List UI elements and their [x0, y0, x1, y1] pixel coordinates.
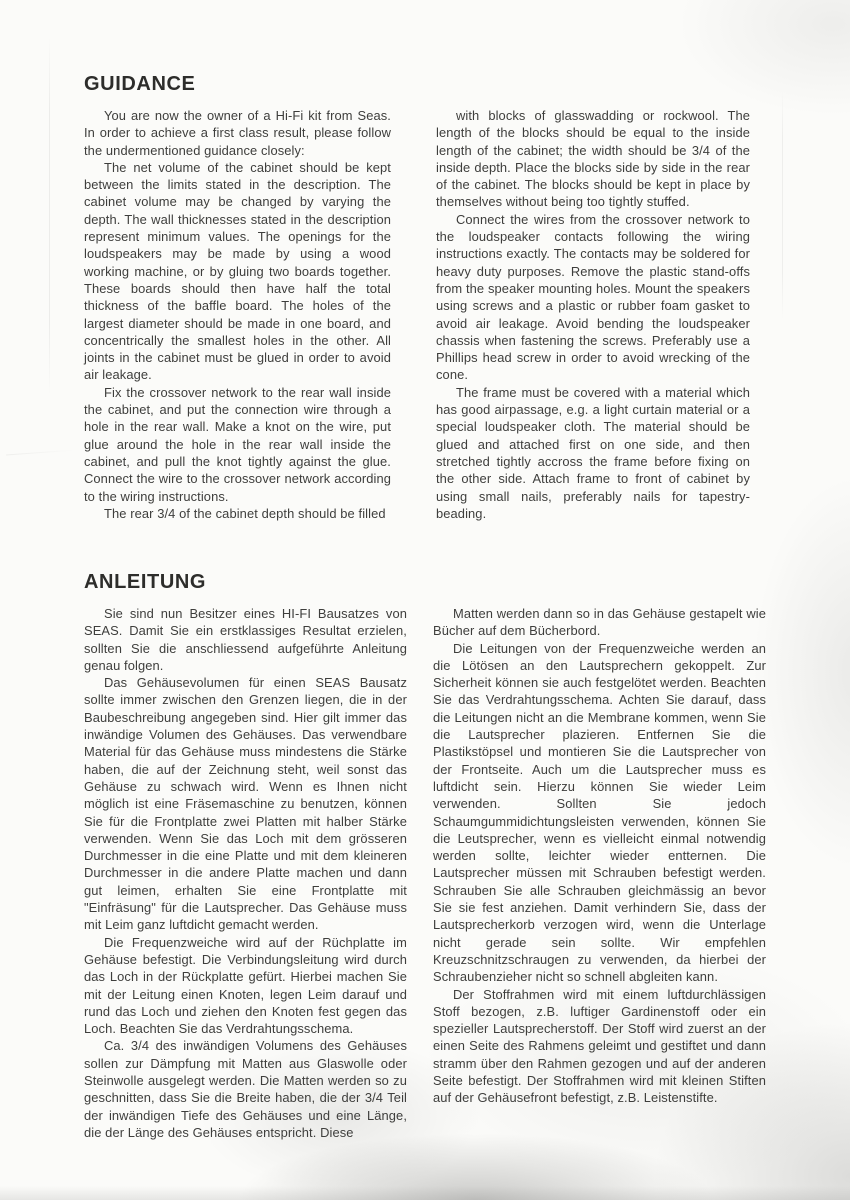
paragraph: Connect the wires from the crossover net…	[436, 211, 750, 384]
anleitung-columns: Sie sind nun Besitzer eines HI-FI Bausat…	[84, 605, 766, 1141]
paragraph: Der Stoffrahmen wird mit einem luftdurch…	[433, 986, 766, 1107]
paragraph: The net volume of the cabinet should be …	[84, 159, 391, 384]
paragraph: with blocks of glasswadding or rockwool.…	[436, 107, 750, 211]
paragraph: Das Gehäusevolumen für einen SEAS Bausat…	[84, 674, 407, 933]
paragraph: The frame must be covered with a materia…	[436, 384, 750, 522]
paper-crease-mid	[6, 450, 76, 456]
paragraph: The rear 3/4 of the cabinet depth should…	[84, 505, 391, 522]
guidance-column-left: You are now the owner of a Hi-Fi kit fro…	[84, 107, 391, 522]
paragraph: Die Leitungen von der Frequenzweiche wer…	[433, 640, 766, 986]
guidance-columns: You are now the owner of a Hi-Fi kit fro…	[84, 107, 750, 522]
guidance-column-right: with blocks of glasswadding or rockwool.…	[436, 107, 750, 522]
guidance-heading: GUIDANCE	[84, 74, 750, 94]
paragraph: Ca. 3/4 des inwändigen Volumens des Gehä…	[84, 1037, 407, 1141]
paragraph: Fix the crossover network to the rear wa…	[84, 384, 391, 505]
scanned-manual-page: GUIDANCE You are now the owner of a Hi-F…	[0, 0, 850, 1200]
paper-crease-left	[49, 36, 50, 396]
paragraph: You are now the owner of a Hi-Fi kit fro…	[84, 107, 391, 159]
paragraph: Sie sind nun Besitzer eines HI-FI Bausat…	[84, 605, 407, 674]
paper-crease-right	[782, 90, 783, 320]
guidance-section: GUIDANCE You are now the owner of a Hi-F…	[84, 74, 750, 522]
paragraph: Matten werden dann so in das Gehäuse ges…	[433, 605, 766, 640]
anleitung-column-right: Matten werden dann so in das Gehäuse ges…	[433, 605, 766, 1141]
anleitung-column-left: Sie sind nun Besitzer eines HI-FI Bausat…	[84, 605, 407, 1141]
anleitung-heading: ANLEITUNG	[84, 572, 766, 592]
paragraph: Die Frequenzweiche wird auf der Rüchplat…	[84, 934, 407, 1038]
anleitung-section: ANLEITUNG Sie sind nun Besitzer eines HI…	[84, 572, 766, 1141]
